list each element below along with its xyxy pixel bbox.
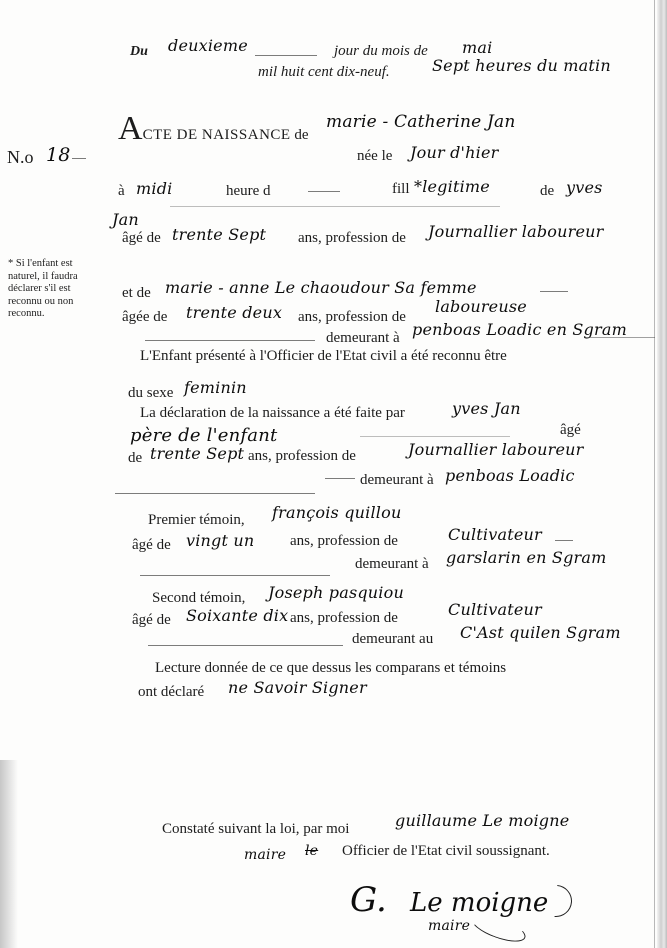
a-label: à (118, 183, 125, 200)
year-label: mil huit cent dix-neuf. (258, 64, 390, 81)
fill-line (540, 291, 568, 292)
witness2-age-handwritten: Soixante dix (186, 606, 288, 625)
witness2-residence-handwritten: C'Ast quilen Sgram (460, 623, 621, 642)
legitimacy-handwritten: *legitime (414, 177, 490, 196)
fill-line (255, 55, 317, 56)
fill-line (115, 493, 315, 494)
declarant-relation-handwritten: père de l'enfant (130, 425, 277, 446)
officer-name-handwritten: guillaume Le moigne (395, 811, 569, 830)
declarant-residence-handwritten: penboas Loadic (445, 466, 575, 485)
birth-day-handwritten: Jour d'hier (410, 143, 498, 162)
child-name-handwritten: marie - Catherine Jan (326, 112, 516, 132)
fill-line (170, 206, 500, 207)
witness1-label: Premier témoin, (148, 512, 245, 529)
fill-line (140, 575, 330, 576)
child-presented-text: L'Enfant présenté à l'Officier de l'Etat… (140, 348, 507, 365)
officer-title-handwritten: maire (244, 847, 286, 863)
acte-title-rest: CTE DE NAISSANCE (143, 127, 291, 143)
acte-title: ACTE DE NAISSANCE de (118, 112, 309, 146)
acte-number: 18 (46, 144, 71, 166)
father-profession-handwritten: Journallier laboureur (428, 222, 604, 241)
nee-label: née le (357, 148, 392, 165)
declarant-age-label: âgé (560, 422, 581, 439)
father-profession-label: ans, profession de (298, 230, 406, 247)
witness1-residence-handwritten: garslarin en Sgram (446, 548, 606, 567)
witness2-profession-handwritten: Cultivateur (448, 600, 542, 619)
margin-note: * Si l'enfant est naturel, il faudra déc… (8, 258, 88, 321)
day-handwritten: deuxieme (168, 36, 248, 55)
fill-line (555, 540, 573, 541)
mother-name-handwritten: marie - anne Le chaoudour Sa femme (165, 278, 477, 297)
du-label: Du (130, 44, 148, 60)
lecture-line1: Lecture donnée de ce que dessus les comp… (155, 660, 506, 677)
witness2-label: Second témoin, (152, 590, 245, 607)
witness1-profession-label: ans, profession de (290, 533, 398, 550)
declarant-profession-label: ans, profession de (248, 448, 356, 465)
father-surname-handwritten: Jan (112, 210, 139, 229)
heure-label: heure d (226, 183, 271, 200)
declarant-intro: La déclaration de la naissance a été fai… (140, 405, 405, 422)
month-handwritten: mai (462, 38, 492, 57)
child-sex-handwritten: feminin (184, 378, 247, 397)
constat-label: Constaté suivant la loi, par moi (162, 821, 349, 838)
witness2-age-label: âgé de (132, 612, 171, 629)
declarant-age-handwritten: trente Sept (150, 444, 244, 463)
witness1-profession-handwritten: Cultivateur (448, 525, 542, 544)
fill-line (325, 478, 355, 479)
jour-label: jour du mois de (334, 43, 428, 60)
struck-word: le (305, 843, 318, 859)
signature-title: maire (428, 918, 470, 934)
fill-line (585, 337, 655, 338)
birth-hour-handwritten: midi (136, 179, 172, 198)
fill-line (148, 645, 343, 646)
lecture-declared-label: ont déclaré (138, 684, 204, 701)
father-age-label: âgé de (122, 230, 161, 247)
hour-handwritten: Sept heures du matin (432, 56, 611, 75)
page-binding-edge (657, 0, 667, 948)
mother-age-label: âgée de (122, 309, 167, 326)
mother-profession-label: ans, profession de (298, 309, 406, 326)
fill-line (308, 191, 340, 192)
declarant-de-label: de (128, 450, 142, 467)
declarant-name-handwritten: yves Jan (452, 399, 521, 418)
declarant-residence-label: demeurant à (360, 472, 434, 489)
document-page: Du deuxieme jour du mois de mai mil huit… (0, 0, 667, 948)
acte-number-label: N.o (7, 147, 34, 168)
witness1-age-handwritten: vingt un (186, 531, 254, 550)
de-label: de (294, 127, 308, 143)
fill-line (360, 436, 510, 437)
fill-line (145, 340, 315, 341)
fill-line (72, 158, 86, 159)
child-sex-label: du sexe (128, 385, 173, 402)
acte-title-initial: A (118, 110, 143, 147)
mother-et-de-label: et de (122, 285, 151, 302)
witness1-name-handwritten: françois quillou (272, 503, 401, 522)
witness2-residence-label: demeurant au (352, 631, 433, 648)
de-label-2: de (540, 183, 554, 200)
mother-residence-label: demeurant à (326, 330, 400, 347)
witness2-profession-label: ans, profession de (290, 610, 398, 627)
mother-profession-handwritten: laboureuse (435, 297, 527, 316)
page-fold-line (654, 0, 655, 948)
scan-shadow (0, 760, 18, 948)
father-age-handwritten: trente Sept (172, 225, 266, 244)
witness1-age-label: âgé de (132, 537, 171, 554)
father-firstname-handwritten: yves (566, 178, 603, 197)
fille-label: fill (392, 181, 410, 198)
witness1-residence-label: demeurant à (355, 556, 429, 573)
signature-initial: G. (350, 880, 387, 920)
constat-officer-label: Officier de l'Etat civil soussignant. (342, 843, 550, 860)
witness2-name-handwritten: Joseph pasquiou (268, 583, 404, 602)
lecture-declared-handwritten: ne Savoir Signer (228, 678, 367, 697)
declarant-profession-handwritten: Journallier laboureur (408, 440, 584, 459)
mother-age-handwritten: trente deux (186, 303, 282, 322)
